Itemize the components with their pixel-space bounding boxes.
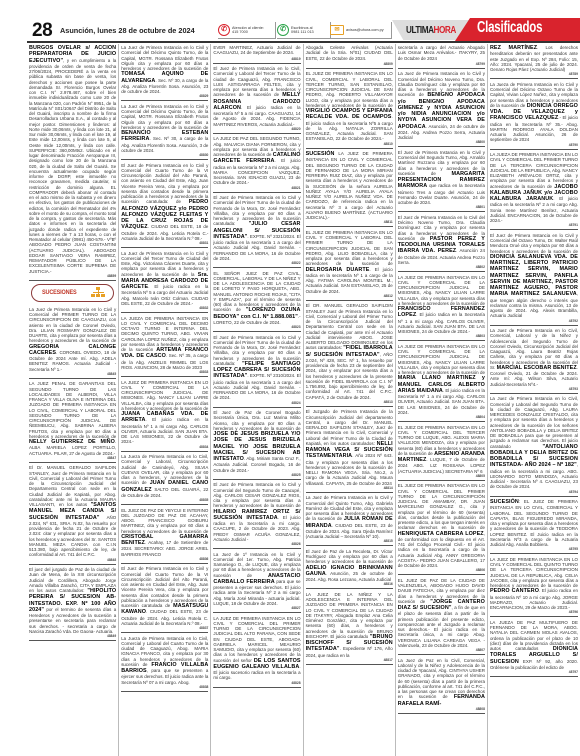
- notice-code: 48821: [213, 186, 300, 190]
- notice-name: SUCESIÓN: [490, 499, 519, 505]
- brand-part1: ULTIMA: [406, 24, 434, 36]
- notice-code: 48832: [121, 306, 208, 310]
- legal-notice: SUCESIÓN: EL JUEZ DE PRIMERA INSTANCIA E…: [490, 498, 578, 554]
- email-icon: ✉: [330, 25, 344, 35]
- legal-notice: LA JUEZA DE PRIMERA INSTANCIA EN LO CIVI…: [490, 151, 578, 230]
- notice-text: LA JUEZ DE PRIMERA INSTANCIA EN LO CIVIL…: [490, 557, 578, 588]
- legal-notice: El Juez de Primera Instancia en lo Civil…: [490, 232, 578, 326]
- legal-notice: REZ MARTÍNEZ. Los derechos hereditarios …: [490, 44, 578, 79]
- legal-notice: EL JUEZ DE PRIMERA INSTANCIA EN LO CIVIL…: [398, 482, 485, 575]
- notice-code: 48845: [29, 372, 116, 376]
- legal-notice: El Juez de Primera Instancia en lo Civil…: [398, 214, 485, 272]
- legal-notice: La Juez de Primera Instancia en lo Civil…: [121, 44, 208, 101]
- legal-notice: LA JUEZ DE PRIMERA INSTANCIA EN LO CIVIL…: [398, 343, 485, 422]
- notice-text: La Juez de Primera Instancia en lo Civil…: [121, 45, 208, 71]
- legal-notice: La Juez de 1º Instancia en lo Civil y Co…: [213, 551, 300, 614]
- legal-notice: LA JUEZA DE PAZ MULTIFUERO DE FERNANDO D…: [490, 619, 578, 677]
- notice-code: 48814: [306, 486, 393, 490]
- legal-notice: La Juez de Primera Instancia en lo Civil…: [121, 250, 208, 314]
- notice-code: 48801: [398, 205, 485, 209]
- contact-whatsapp-label: Escribinos al: [291, 26, 313, 30]
- legal-notice: El Juez de Paz de Coronel Bogado Secreta…: [213, 409, 300, 480]
- column-5: secretaría a cargo del Actuario Abogado …: [396, 44, 488, 756]
- legal-notice: El Juez de Primera Instancia en lo Civil…: [398, 149, 485, 213]
- notice-text: EL SEÑOR JUEZ DE PAZ CIVIL, COMERCIAL, L…: [213, 271, 300, 313]
- legal-notice: El Juez de Primera Instancia en lo Civil…: [213, 334, 300, 408]
- notice-text: LA JUEZ DE LA NIÑEZ Y LA ADOLESCENCIA E …: [306, 592, 393, 639]
- notice-code: 48807: [398, 648, 485, 652]
- notice-text: La Juez de Paz en lo Civil, Comercial, L…: [398, 658, 485, 700]
- notice-text: EVER MARTINEZ, Actuario Judicial de CAAG…: [213, 45, 300, 55]
- legal-notice: El Juez de Primera Instancia en lo Civil…: [213, 194, 300, 268]
- notice-text: El Juez de Paz de La Recoleta, Dr. Vícto…: [306, 549, 393, 565]
- notice-text: LA JUEZ DE PRIMERA INSTANCIA EN LO CIVIL…: [306, 151, 393, 220]
- legal-notice: La Juez de Primera Instancia en lo Civil…: [398, 70, 485, 147]
- notice-code: 48817: [306, 658, 393, 662]
- notice-code: 48827: [213, 606, 300, 610]
- notice-text: AÑO 2.024, Nº 631, SRIA. N.02, ha resuel…: [29, 515, 116, 558]
- notice-text: , a fin de que en el plazo de sesenta dí…: [398, 605, 485, 648]
- whatsapp-icon: ✆: [277, 24, 289, 36]
- legal-notice: El juez del jurgado de Paz de la ciudad …: [29, 566, 116, 641]
- contact-whatsapp: ✆ Escribinos al0981 111 013: [277, 22, 331, 39]
- notice-code: 48800: [398, 140, 485, 144]
- notice-code: 48816: [306, 582, 393, 586]
- notice-name: REZ MARTÍNEZ: [490, 45, 537, 51]
- notice-text: El Juez de Paz de Coronel Bogado Secreta…: [213, 410, 300, 431]
- legal-notice: EL JUEZ DE PRIMERA INSTANCIA EN LO CIVIL…: [398, 424, 485, 481]
- notice-code: 48828: [213, 681, 300, 685]
- notice-text: LA JUEZ DE PRIMERA INSTANCIA EN LO CIVIL…: [398, 344, 485, 375]
- legal-notice: El Juez de Primera Instancia en lo Civil…: [213, 481, 300, 549]
- notice-code: 48820: [213, 127, 300, 131]
- notice-code: 48796: [490, 610, 578, 614]
- notice-code: 48799: [398, 62, 485, 66]
- notice-text: LA JUEZ DE PRIMERA INSTANCIA EN LO CIVIL…: [121, 380, 208, 411]
- notice-code: 48805: [398, 474, 485, 478]
- legal-notice: LA JUEZ DE PRIMERA INSTANCIA EN LO CIVIL…: [213, 615, 300, 688]
- legal-notice: LA JUEZ DE LA NIÑEZ Y LA ADOLESCENCIA E …: [306, 591, 393, 665]
- phone-icon: ✆: [218, 24, 230, 36]
- legal-notice: El Juez de Primera Instancia en lo Civil…: [121, 565, 208, 633]
- notice-text: La Juez de Primera Instancia en lo Civil…: [490, 396, 578, 448]
- legal-notice: El DR. MANUEL GERALDO SAIFILDIN STANLEY …: [306, 302, 393, 407]
- notice-code: 48836: [121, 557, 208, 561]
- notice-code: 48797: [490, 670, 578, 674]
- family-tree-icon: [91, 287, 105, 298]
- legal-notice: El Dr. MANUEL GERALDO SAIFILDIN STANLEY,…: [29, 464, 116, 564]
- legal-notice: EVER MARTINEZ, Actuario Judicial de CAAG…: [213, 44, 300, 64]
- notice-text: El DR. MANUEL GERALDO SAIFILDIN STANLEY …: [306, 303, 393, 350]
- notice-code: 48790: [490, 143, 578, 147]
- notice-code: 48795: [490, 547, 578, 551]
- legal-notice: El Juzgado de Primera Instancia de la Ci…: [306, 408, 393, 493]
- notice-name: HENRIQUETA CABRERA LOPEZ: [398, 531, 484, 537]
- column-3: EVER MARTINEZ, Actuario Judicial de CAAG…: [211, 44, 303, 756]
- notice-code: 48819: [213, 57, 300, 61]
- legal-notice: LA JUEZ DE PAZ DEL SEGUNDO TURNO, Abg. M…: [213, 135, 300, 192]
- notice-name: VIRGILIO OCAMPOS Y EPIFANIA RECALDE VDA.…: [306, 108, 393, 120]
- legal-notice: BURGOS OVELAR s/ ACCION PREPARATORIA DE …: [29, 44, 116, 281]
- legal-notice: SUCESIÓN LA JUEZ DE PRIMERA INSTANCIA EN…: [306, 150, 393, 227]
- notice-name: MARCIAL ESCOBAR BENITEZ: [497, 365, 577, 371]
- legal-notice: La Juez de Primera Instancia en lo Civil…: [306, 494, 393, 546]
- contact-whatsapp-value: 0981 111 013: [291, 30, 314, 34]
- notice-code: 48848: [29, 558, 116, 562]
- notice-code: 48837: [121, 626, 208, 630]
- notice-code: 48815: [306, 539, 393, 543]
- notice-text: La Juez de Primera Instancia en lo Civil…: [29, 307, 116, 344]
- issue-date: Asunción, lunes 28 de octubre de 2024: [60, 26, 195, 35]
- notice-name: PEDRO CANTERO: [490, 588, 539, 594]
- notice-text: EL JUEZ DE PAZ DE YBYCUI E INTERINO DEL …: [121, 508, 208, 534]
- notice-text: : EL JUEZ DE PRIMERA INSTANCIA EN LO CIV…: [490, 499, 578, 547]
- brand-logo: ULTIMAHORA: [406, 24, 456, 36]
- legal-notice: LA JUEZ PENAL DE GARANTIAS DEL SEGUNDO T…: [29, 380, 116, 463]
- notice-text: La Juez de Primera Instancia en lo Civil…: [490, 328, 578, 370]
- legal-notice: El Juez de Paz de La Recoleta, Dr. Vícto…: [306, 548, 393, 590]
- legal-notice: LA JUEZA DE PRIMERA INSTANCIA EN LO CIVI…: [121, 315, 208, 378]
- notice-code: 48859: [29, 274, 116, 278]
- legal-notice: LA JUEZ DE PRIMERA INSTANCIA EN LO CIVIL…: [490, 556, 578, 618]
- notice-code: 48810: [306, 142, 393, 146]
- column-6: REZ MARTÍNEZ. Los derechos hereditarios …: [488, 44, 580, 756]
- legal-notice: EL SEÑOR JUEZ DE PAZ CIVIL, COMERCIAL, L…: [213, 270, 300, 333]
- notice-code: 48809: [306, 62, 393, 66]
- notice-text: El Dr. MANUEL GERALDO SAIFILDIN STANLEY,…: [29, 465, 116, 507]
- notice-code: 48824: [213, 401, 300, 405]
- legal-notice: EL JUEZ DE PRIMERA INSTANCIA EN LO CIVIL…: [306, 70, 393, 148]
- notice-code: 48822: [213, 261, 300, 265]
- section-badge-sucesiones: SUCESIONES: [31, 284, 114, 302]
- notice-code: 48793: [490, 387, 578, 391]
- legal-notice: La Jueza de Primera Instancia en lo Civi…: [121, 635, 208, 692]
- notice-code: 48847: [29, 456, 116, 460]
- legal-notice: LA JUEZ DE PRIMERA INSTANCIA EN LO CIVIL…: [121, 379, 208, 452]
- notice-text: El Juez de Primera Instancia en lo Civil…: [213, 482, 300, 508]
- page-number: 28: [32, 20, 52, 42]
- column-4: Abogada Celeste Arévalos (Actuaria Judic…: [304, 44, 396, 756]
- notice-code: 48849: [29, 634, 116, 638]
- notice-code: 48804: [398, 415, 485, 419]
- notice-code: 48830: [121, 153, 208, 157]
- legal-notice: El Juez de Primera Instancia en lo Civil…: [213, 65, 300, 134]
- notice-text: La Juez de Primera Instancia en lo Civil…: [121, 104, 208, 130]
- legal-notice: EL JUEZ DE PAZ DE LA CIUDAD DE VALENZUEL…: [398, 577, 485, 655]
- notice-name: DELROSARIA DUARTE: [306, 267, 370, 273]
- notice-text: LA JUEZ PENAL DE GARANTIAS DEL SEGUNDO T…: [29, 381, 116, 439]
- notice-text: secretaría a cargo del Actuario Abogado …: [398, 45, 485, 61]
- contact-phone-value: 415 7000: [232, 30, 248, 34]
- notice-code: 48789: [490, 72, 578, 76]
- notice-text: La Juez de Primera Instancia en lo Civil…: [121, 251, 208, 277]
- page-header: 28 Asunción, lunes 28 de octubre de 2024…: [0, 0, 580, 40]
- notice-text: LA JUEZ DE PRIMERA INSTANCIA EN LO CIVIL…: [398, 275, 485, 306]
- legal-notice: EL JUEZ DE PRIMERA INSTANCIA EN LO CIVIL…: [306, 229, 393, 301]
- notice-code: 48813: [306, 400, 393, 404]
- classifieds-columns: BURGOS OVELAR s/ ACCION PREPARATORIA DE …: [27, 44, 580, 756]
- legal-notice: La Jueza de Primera Instancia en lo Civi…: [121, 453, 208, 505]
- notice-code: 48802: [398, 265, 485, 269]
- legal-notice: La Juez de Primera Instancia en lo Civil…: [490, 327, 578, 394]
- legal-notice: La Juez de Primera Instancia en lo Civil…: [29, 306, 116, 379]
- notice-code: 48829: [121, 94, 208, 98]
- contact-email: ✉ avisos@uhora.com.py: [330, 22, 392, 39]
- column-2: La Juez de Primera Instancia en lo Civil…: [119, 44, 211, 756]
- notice-name: NELLY GUTIERREZ DE MIÑO: [29, 439, 115, 445]
- notice-code: 48833: [121, 370, 208, 374]
- notice-text: EL JUEZ DE PRIMERA INSTANCIA EN LO CIVIL…: [398, 483, 485, 530]
- notice-text: El Juez de Primera Instancia en lo Civil…: [121, 163, 208, 205]
- legal-notice: La Juez de Primera Instancia en lo Civil…: [121, 103, 208, 160]
- contact-phone: ✆ Atención al cliente:415 7000: [218, 22, 276, 39]
- notice-name: SUCESIÓN: [306, 151, 335, 157]
- notice-code: 48811: [306, 220, 393, 224]
- notice-code: 48808: [398, 707, 485, 711]
- notice-code: 48825: [213, 473, 300, 477]
- notice-code: 48834: [121, 445, 208, 449]
- notice-code: 48803: [398, 334, 485, 338]
- notice-code: 48794: [490, 490, 578, 494]
- notice-text: EL JUEZ DE PRIMERA INSTANCIA EN LO CIVIL…: [306, 230, 393, 267]
- legal-notice: La Juez de Paz en lo Civil, Comercial, L…: [398, 657, 485, 714]
- header-divider: [27, 41, 580, 43]
- legal-notice: secretaría a cargo del Actuario Abogado …: [398, 44, 485, 69]
- notice-text: Abogada Celeste Arévalos (Actuaria Judic…: [306, 45, 393, 61]
- notice-code: 48835: [121, 498, 208, 502]
- contact-email-value: avisos@uhora.com.py: [346, 28, 384, 32]
- legal-notice: LA JUEZ DE PRIMERA INSTANCIA EN LO CIVIL…: [398, 274, 485, 342]
- notice-code: 48838: [121, 685, 208, 689]
- legal-notice: EL JUEZ DE PAZ DE YBYCUI E INTERINO DEL …: [121, 507, 208, 564]
- notice-name: DIONICIA SALANUEVA VDA. DE MARTINEZ, LIB…: [490, 254, 578, 298]
- section-title: Clasificados: [477, 19, 542, 37]
- brand-part2: HORA: [434, 24, 456, 36]
- notice-code: 48806: [398, 568, 485, 572]
- notice-text: EL JUEZ DE PRIMERA INSTANCIA EN LO CIVIL…: [306, 71, 393, 108]
- notice-text: , y en cumplimiento a la providencia de …: [29, 58, 116, 274]
- notice-code: 48791: [490, 223, 578, 227]
- notice-text: , AÑO 2.024, Nº 428, SEC. Nº 1, ha resue…: [306, 352, 393, 400]
- notice-text: , de conformidad con lo dispuesto en el …: [398, 531, 485, 569]
- notice-code: 48792: [490, 319, 578, 323]
- legal-notice: Abogada Celeste Arévalos (Actuaria Judic…: [306, 44, 393, 69]
- notice-code: 48826: [213, 542, 300, 546]
- section-label: SUCESIONES: [42, 289, 77, 296]
- column-1: BURGOS OVELAR s/ ACCION PREPARATORIA DE …: [27, 44, 119, 756]
- notice-text: LA JUEZ DE PRIMERA INSTANCIA EN LO CIVIL…: [213, 616, 300, 663]
- contact-phone-label: Atención al cliente:: [232, 26, 264, 30]
- notice-code: 48831: [121, 241, 208, 245]
- legal-notice: La Juez de Primera Instancia en lo Civil…: [490, 395, 578, 496]
- notice-text: El Juez de Primera Instancia en lo Civil…: [490, 233, 578, 254]
- legal-notice: La Jueza de Primera Instancia en lo Civi…: [490, 81, 578, 150]
- legal-notice: El Juez de Primera Instancia en lo Civil…: [121, 162, 208, 249]
- notice-text: El Juez de Primera Instancia en lo Civil…: [121, 566, 208, 608]
- notice-code: 48823: [213, 325, 300, 329]
- notice-code: 48812: [306, 294, 393, 298]
